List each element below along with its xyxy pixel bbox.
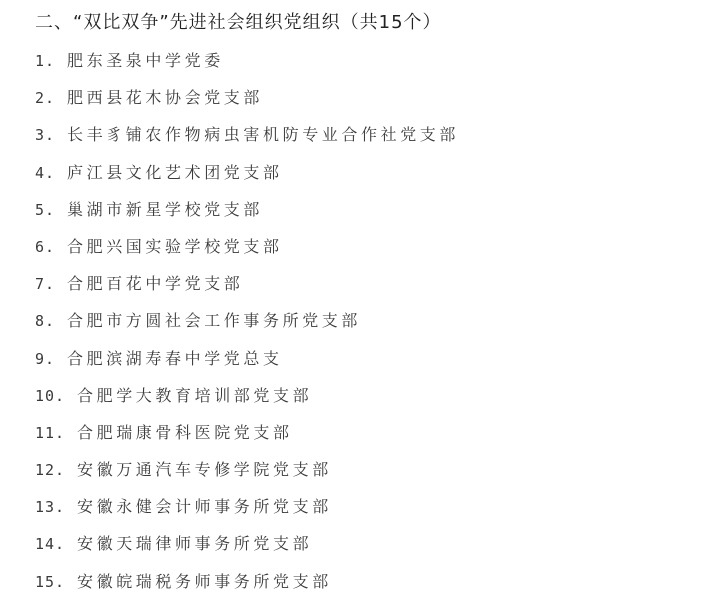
item-name: 安徽永健会计师事务所党支部 [77, 497, 332, 516]
item-number: 7. [35, 271, 67, 297]
item-name: 合肥兴国实验学校党支部 [67, 237, 283, 256]
item-number: 5. [35, 197, 67, 223]
item-number: 2. [35, 85, 67, 111]
item-name: 巢湖市新星学校党支部 [67, 200, 263, 219]
list-item: 9.合肥滨湖寿春中学党总支 [35, 346, 459, 383]
list-item: 2.肥西县花木协会党支部 [35, 85, 459, 122]
list-item: 14.安徽天瑞律师事务所党支部 [35, 531, 459, 568]
list-item: 5.巢湖市新星学校党支部 [35, 197, 459, 234]
item-number: 12. [35, 457, 77, 483]
item-name: 合肥瑞康骨科医院党支部 [77, 423, 293, 442]
item-number: 9. [35, 346, 67, 372]
item-name: 肥东圣泉中学党委 [67, 51, 224, 70]
item-name: 合肥滨湖寿春中学党总支 [67, 349, 283, 368]
item-name: 长丰豸铺农作物病虫害机防专业合作社党支部 [67, 125, 459, 144]
item-number: 14. [35, 531, 77, 557]
item-name: 安徽万通汽车专修学院党支部 [77, 460, 332, 479]
item-number: 11. [35, 420, 77, 446]
list-item: 11.合肥瑞康骨科医院党支部 [35, 420, 459, 457]
item-number: 13. [35, 494, 77, 520]
list-item: 8.合肥市方圆社会工作事务所党支部 [35, 308, 459, 345]
list-item: 1.肥东圣泉中学党委 [35, 48, 459, 85]
section-heading: 二、“双比双争”先进社会组织党组织（共15个） [35, 8, 442, 34]
item-number: 10. [35, 383, 77, 409]
item-name: 安徽皖瑞税务师事务所党支部 [77, 572, 332, 591]
item-name: 庐江县文化艺术团党支部 [67, 163, 283, 182]
organization-list: 1.肥东圣泉中学党委 2.肥西县花木协会党支部 3.长丰豸铺农作物病虫害机防专业… [35, 48, 459, 606]
item-name: 合肥学大教育培训部党支部 [77, 386, 312, 405]
list-item: 6.合肥兴国实验学校党支部 [35, 234, 459, 271]
list-item: 13.安徽永健会计师事务所党支部 [35, 494, 459, 531]
item-name: 肥西县花木协会党支部 [67, 88, 263, 107]
item-number: 4. [35, 160, 67, 186]
item-number: 3. [35, 122, 67, 148]
list-item: 12.安徽万通汽车专修学院党支部 [35, 457, 459, 494]
list-item: 4.庐江县文化艺术团党支部 [35, 160, 459, 197]
item-name: 合肥市方圆社会工作事务所党支部 [67, 311, 361, 330]
item-number: 1. [35, 48, 67, 74]
list-item: 7.合肥百花中学党支部 [35, 271, 459, 308]
list-item: 10.合肥学大教育培训部党支部 [35, 383, 459, 420]
item-name: 安徽天瑞律师事务所党支部 [77, 534, 312, 553]
item-number: 8. [35, 308, 67, 334]
list-item: 3.长丰豸铺农作物病虫害机防专业合作社党支部 [35, 122, 459, 159]
list-item: 15.安徽皖瑞税务师事务所党支部 [35, 569, 459, 606]
item-number: 15. [35, 569, 77, 595]
item-name: 合肥百花中学党支部 [67, 274, 243, 293]
item-number: 6. [35, 234, 67, 260]
